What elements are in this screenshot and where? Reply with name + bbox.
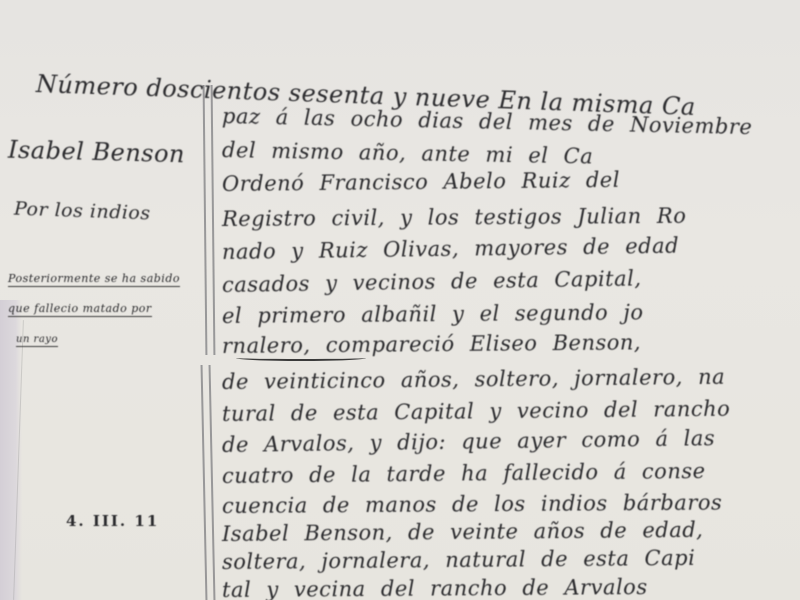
body-line: cuencia de manos de los indios bárbaros (222, 491, 722, 518)
margin-rule (209, 365, 215, 600)
document-photo: Número doscientos sesenta y nueve En la … (0, 0, 800, 600)
underline-stroke (236, 355, 366, 361)
margin-rule (203, 85, 207, 355)
margin-cause: Por los indios (14, 198, 151, 225)
body-line: Ordenó Francisco Abelo Ruiz del (222, 168, 620, 196)
margin-note: que fallecio matado por (8, 302, 152, 317)
margin-note: un rayo (16, 334, 58, 347)
body-line: casados y vecinos de esta Capital, (222, 266, 642, 297)
margin-rule (201, 365, 207, 600)
body-line: nado y Ruiz Olivas, mayores de edad (222, 234, 679, 264)
body-line: de Arvalos, y dijo: que ayer como á las (222, 426, 715, 457)
body-line: tal y vecina del rancho de Arvalos (222, 575, 648, 600)
body-line: del mismo año, ante mi el Ca (222, 138, 594, 168)
margin-note: Posteriormente se ha sabido (8, 272, 180, 287)
body-line: Isabel Benson, de veinte años de edad, (222, 518, 704, 546)
body-line: soltera, jornalera, natural de esta Capi (222, 546, 695, 574)
margin-rule (211, 85, 215, 355)
body-line: cuatro de la tarde ha fallecido á conse (222, 459, 706, 488)
body-line: de veinticinco años, soltero, jornalero,… (222, 365, 725, 394)
body-line: el primero albañil y el segundo jo (222, 300, 644, 328)
body-line: rnalero, compareció Eliseo Benson, (222, 330, 641, 358)
margin-deceased-name: Isabel Benson (8, 136, 186, 169)
body-line: Registro civil, y los testigos Julian Ro (222, 204, 686, 231)
margin-date: 4. III. 11 (66, 512, 159, 530)
body-line: tural de esta Capital y vecino del ranch… (222, 397, 731, 426)
